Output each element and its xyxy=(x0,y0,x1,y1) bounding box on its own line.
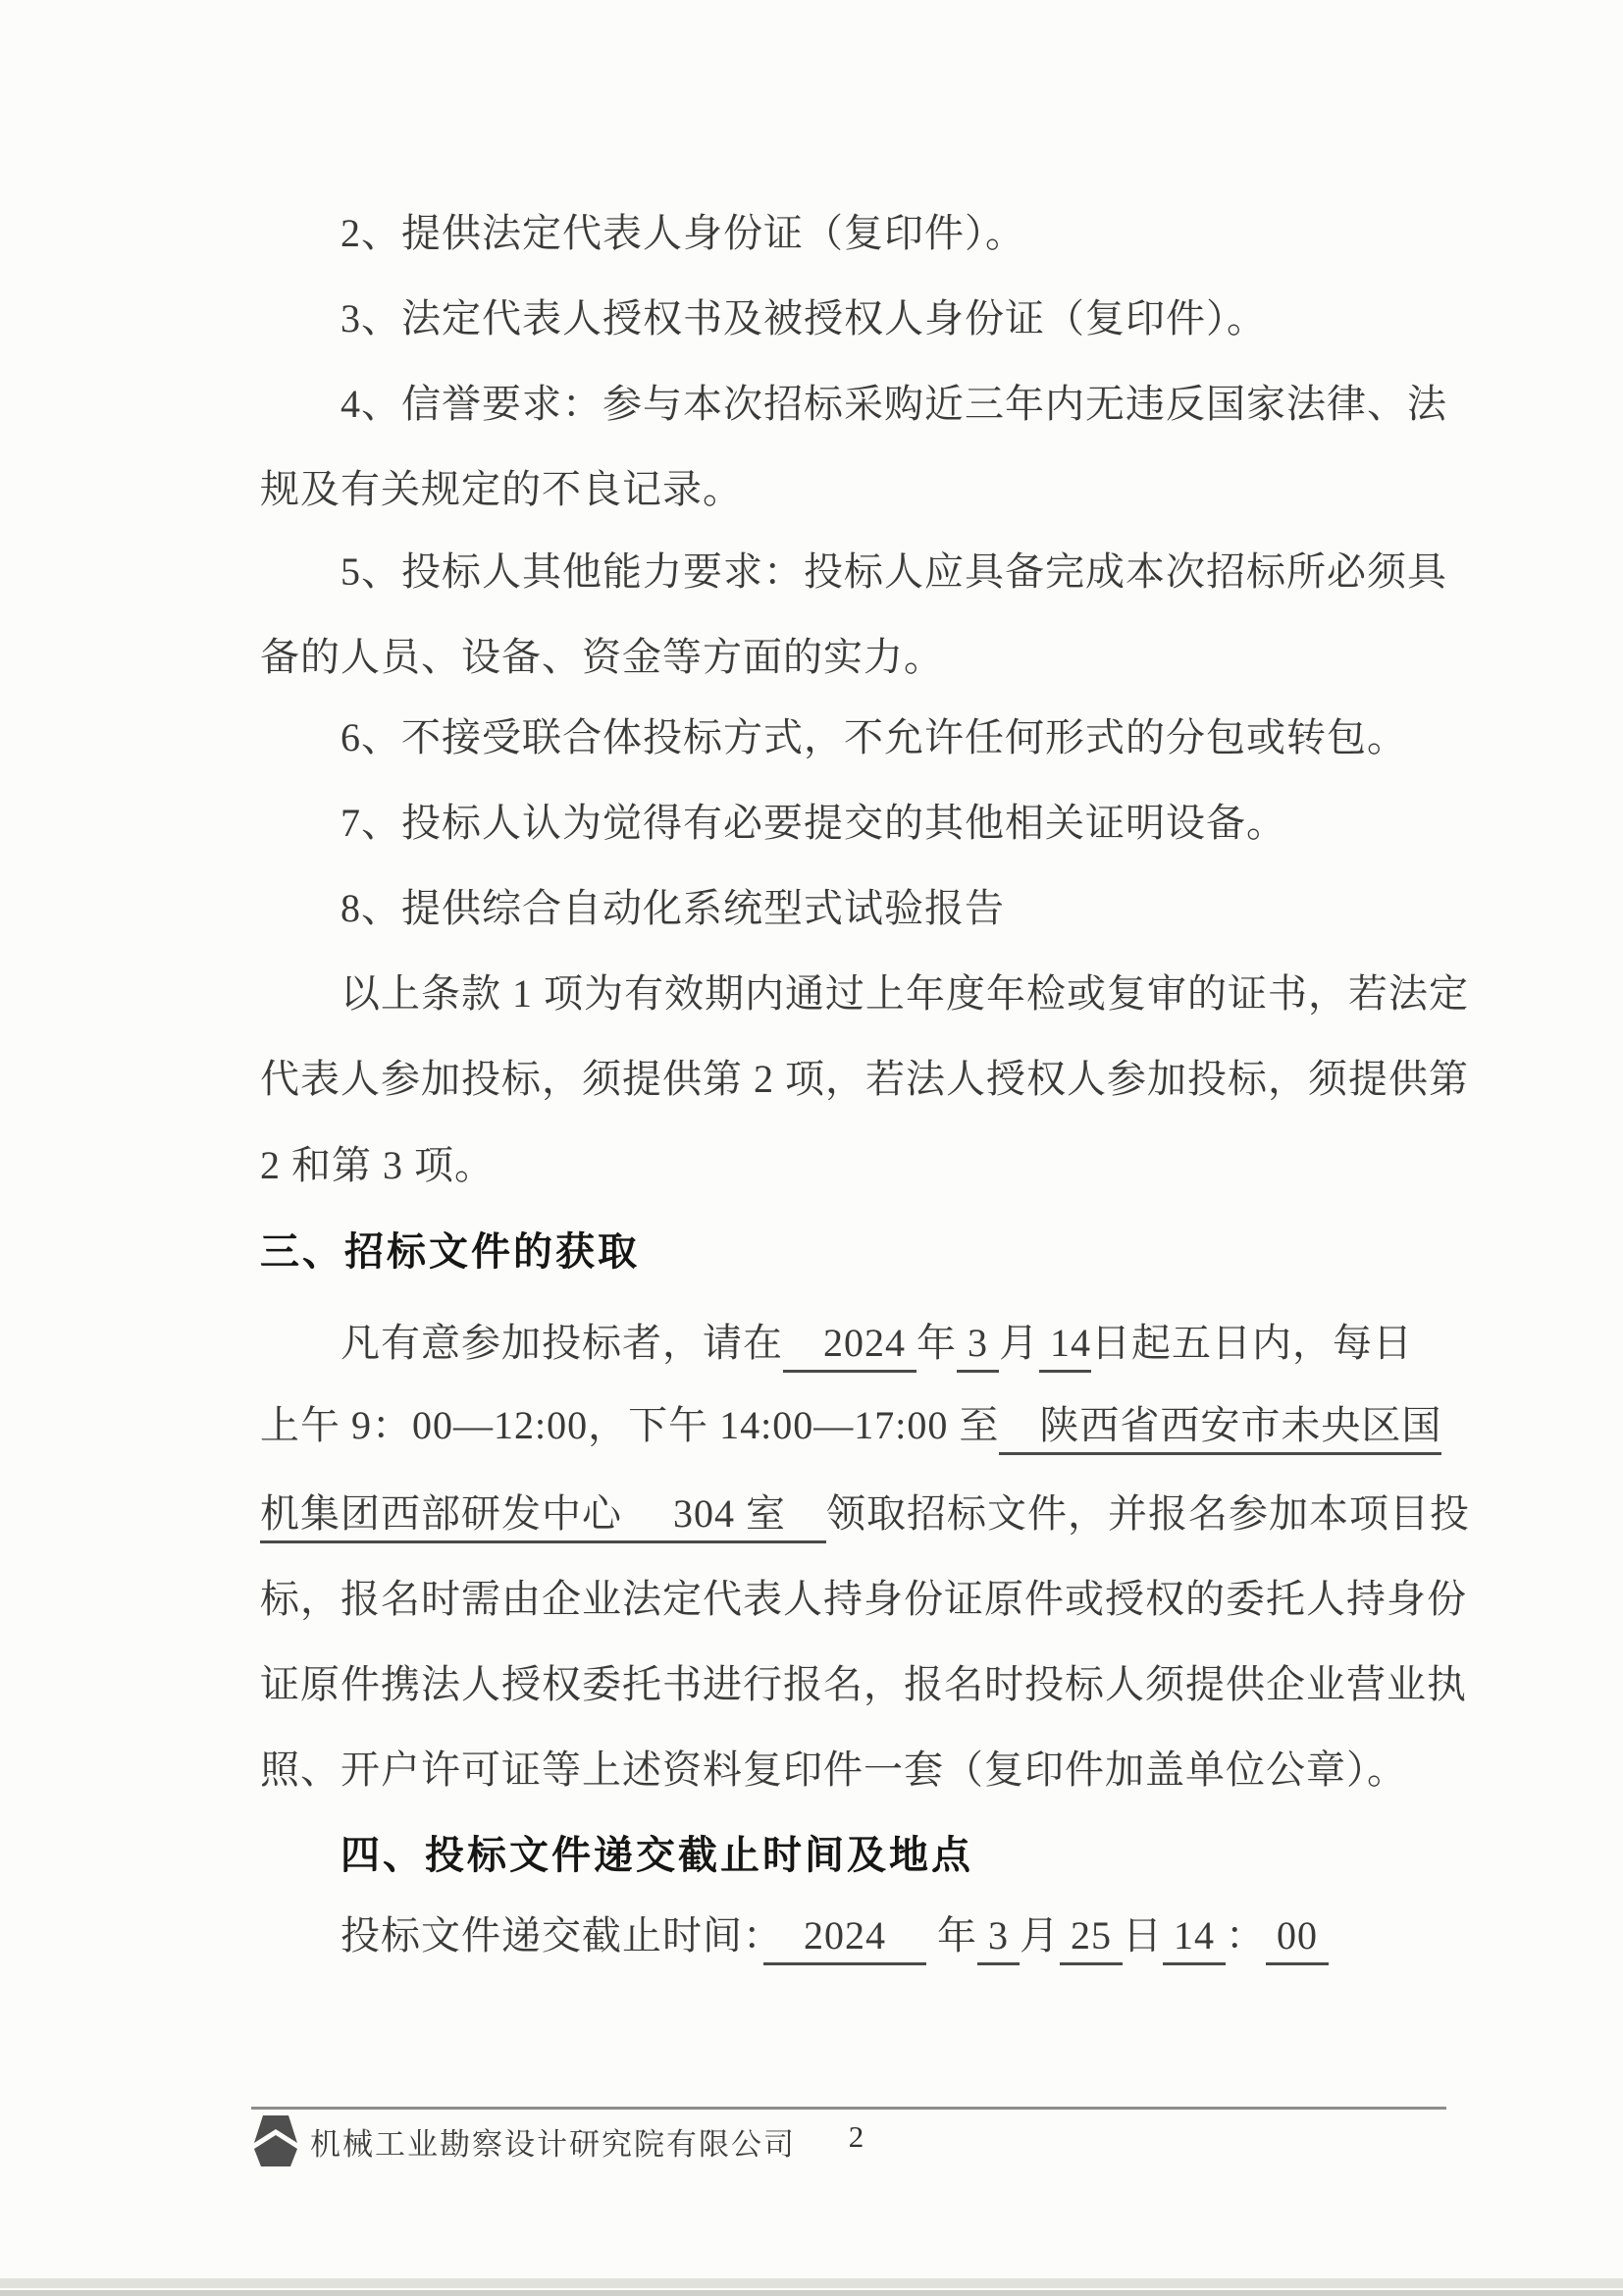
heading-text: 三、招标文件的获取 xyxy=(260,1230,640,1274)
text-segment: 照、开户许可证等上述资料复印件一套（复印件加盖单位公章）。 xyxy=(260,1748,1407,1792)
text-segment: 3、法定代表人授权书及被授权人身份证（复印件）。 xyxy=(340,296,1267,340)
section-heading-3: 三、招标文件的获取 xyxy=(260,1224,1477,1280)
text-segment: 月 xyxy=(999,1321,1039,1365)
item-6: 6、不接受联合体投标方式，不允许任何形式的分包或转包。 xyxy=(260,709,1557,766)
text-segment: 规及有关规定的不良记录。 xyxy=(260,467,743,511)
text-segment: 领取招标文件，并报名参加本项目投 xyxy=(826,1491,1470,1536)
underline-field-hour: 14 xyxy=(1163,1913,1226,1965)
item-5: 5、投标人其他能力要求：投标人应具备完成本次招标所必须具 xyxy=(260,544,1557,600)
text-segment: 2、提供法定代表人身份证（复印件）。 xyxy=(340,211,1025,255)
item-4-continued: 规及有关规定的不良记录。 xyxy=(260,461,1477,518)
text-segment: 投标文件递交截止时间： xyxy=(340,1913,763,1957)
deadline-line: 投标文件递交截止时间： 2024 年 3 月 25 日 14 ： 00 xyxy=(260,1907,1557,1964)
text-segment: 5、投标人其他能力要求：投标人应具备完成本次招标所必须具 xyxy=(340,549,1447,594)
scan-edge-artifact xyxy=(0,2278,1623,2288)
text-segment: 4、信誉要求：参与本次招标采购近三年内无违反国家法律、法 xyxy=(340,382,1447,426)
underline-field-minute: 00 xyxy=(1266,1913,1329,1965)
footer-divider xyxy=(251,2107,1446,2110)
obtain-para-line-3: 机集团西部研发中心 304 室 领取招标文件，并报名参加本项目投 xyxy=(260,1486,1477,1542)
clause-note-continued-2: 2 和第 3 项。 xyxy=(260,1137,1477,1194)
clause-note-continued-1: 代表人参加投标，须提供第 2 项，若法人授权人参加投标，须提供第 xyxy=(260,1051,1477,1108)
scan-edge-artifact-bottom xyxy=(0,2290,1623,2296)
document-page: 2、提供法定代表人身份证（复印件）。 3、法定代表人授权书及被授权人身份证（复印… xyxy=(0,0,1623,2296)
text-segment: 年 xyxy=(916,1321,957,1365)
obtain-para-line-4: 标，报名时需由企业法定代表人持身份证原件或授权的委托人持身份 xyxy=(260,1571,1477,1628)
obtain-para-line-6: 照、开户许可证等上述资料复印件一套（复印件加盖单位公章）。 xyxy=(260,1742,1477,1799)
page-number: 2 xyxy=(260,2119,1452,2155)
text-segment: 7、投标人认为觉得有必要提交的其他相关证明设备。 xyxy=(340,801,1286,845)
underline-field-month: 3 xyxy=(957,1321,999,1373)
item-2: 2、提供法定代表人身份证（复印件）。 xyxy=(260,205,1557,262)
section-heading-4: 四、投标文件递交截止时间及地点 xyxy=(260,1827,1557,1884)
text-segment: 上午 9：00—12:00，下午 14:00—17:00 至 xyxy=(260,1403,999,1447)
text-segment: 代表人参加投标，须提供第 2 项，若法人授权人参加投标，须提供第 xyxy=(260,1057,1469,1101)
text-segment: 6、不接受联合体投标方式，不允许任何形式的分包或转包。 xyxy=(340,715,1407,759)
underline-field-day: 25 xyxy=(1060,1913,1123,1965)
obtain-para-line-1: 凡有意参加投标者，请在 2024 年 3 月 14日起五日内，每日 xyxy=(260,1315,1557,1372)
text-segment: 证原件携法人授权委托书进行报名，报名时投标人须提供企业营业执 xyxy=(260,1662,1467,1706)
heading-text: 四、投标文件递交截止时间及地点 xyxy=(340,1834,973,1877)
text-segment: 标，报名时需由企业法定代表人持身份证原件或授权的委托人持身份 xyxy=(260,1577,1467,1621)
underline-field-year: 2024 xyxy=(763,1913,926,1965)
underline-field-address: 陕西省西安市未央区国 xyxy=(999,1403,1441,1455)
item-3: 3、法定代表人授权书及被授权人身份证（复印件）。 xyxy=(260,290,1557,347)
underline-field-day: 14 xyxy=(1039,1321,1091,1373)
text-segment: 月 xyxy=(1020,1913,1060,1957)
text-segment: 日 xyxy=(1123,1913,1163,1957)
item-4: 4、信誉要求：参与本次招标采购近三年内无违反国家法律、法 xyxy=(260,376,1557,433)
clause-note: 以上条款 1 项为有效期内通过上年度年检或复审的证书，若法定 xyxy=(260,965,1557,1022)
item-7: 7、投标人认为觉得有必要提交的其他相关证明设备。 xyxy=(260,795,1557,852)
text-segment: 8、提供综合自动化系统型式试验报告 xyxy=(340,886,1005,930)
underline-field-address-continued: 机集团西部研发中心 304 室 xyxy=(260,1491,826,1543)
text-segment: 以上条款 1 项为有效期内通过上年度年检或复审的证书，若法定 xyxy=(340,971,1469,1016)
underline-field-year: 2024 xyxy=(783,1321,916,1373)
text-segment: 凡有意参加投标者，请在 xyxy=(340,1321,783,1365)
text-segment: 2 和第 3 项。 xyxy=(260,1143,495,1187)
obtain-para-line-2: 上午 9：00—12:00，下午 14:00—17:00 至 陕西省西安市未央区… xyxy=(260,1397,1477,1454)
item-5-continued: 备的人员、设备、资金等方面的实力。 xyxy=(260,629,1477,686)
text-segment: ： xyxy=(1226,1913,1266,1957)
item-8: 8、提供综合自动化系统型式试验报告 xyxy=(260,880,1557,937)
text-segment: 年 xyxy=(926,1913,977,1957)
text-segment: 日起五日内，每日 xyxy=(1091,1321,1413,1365)
obtain-para-line-5: 证原件携法人授权委托书进行报名，报名时投标人须提供企业营业执 xyxy=(260,1656,1477,1713)
underline-field-month: 3 xyxy=(977,1913,1020,1965)
text-segment: 备的人员、设备、资金等方面的实力。 xyxy=(260,635,944,679)
